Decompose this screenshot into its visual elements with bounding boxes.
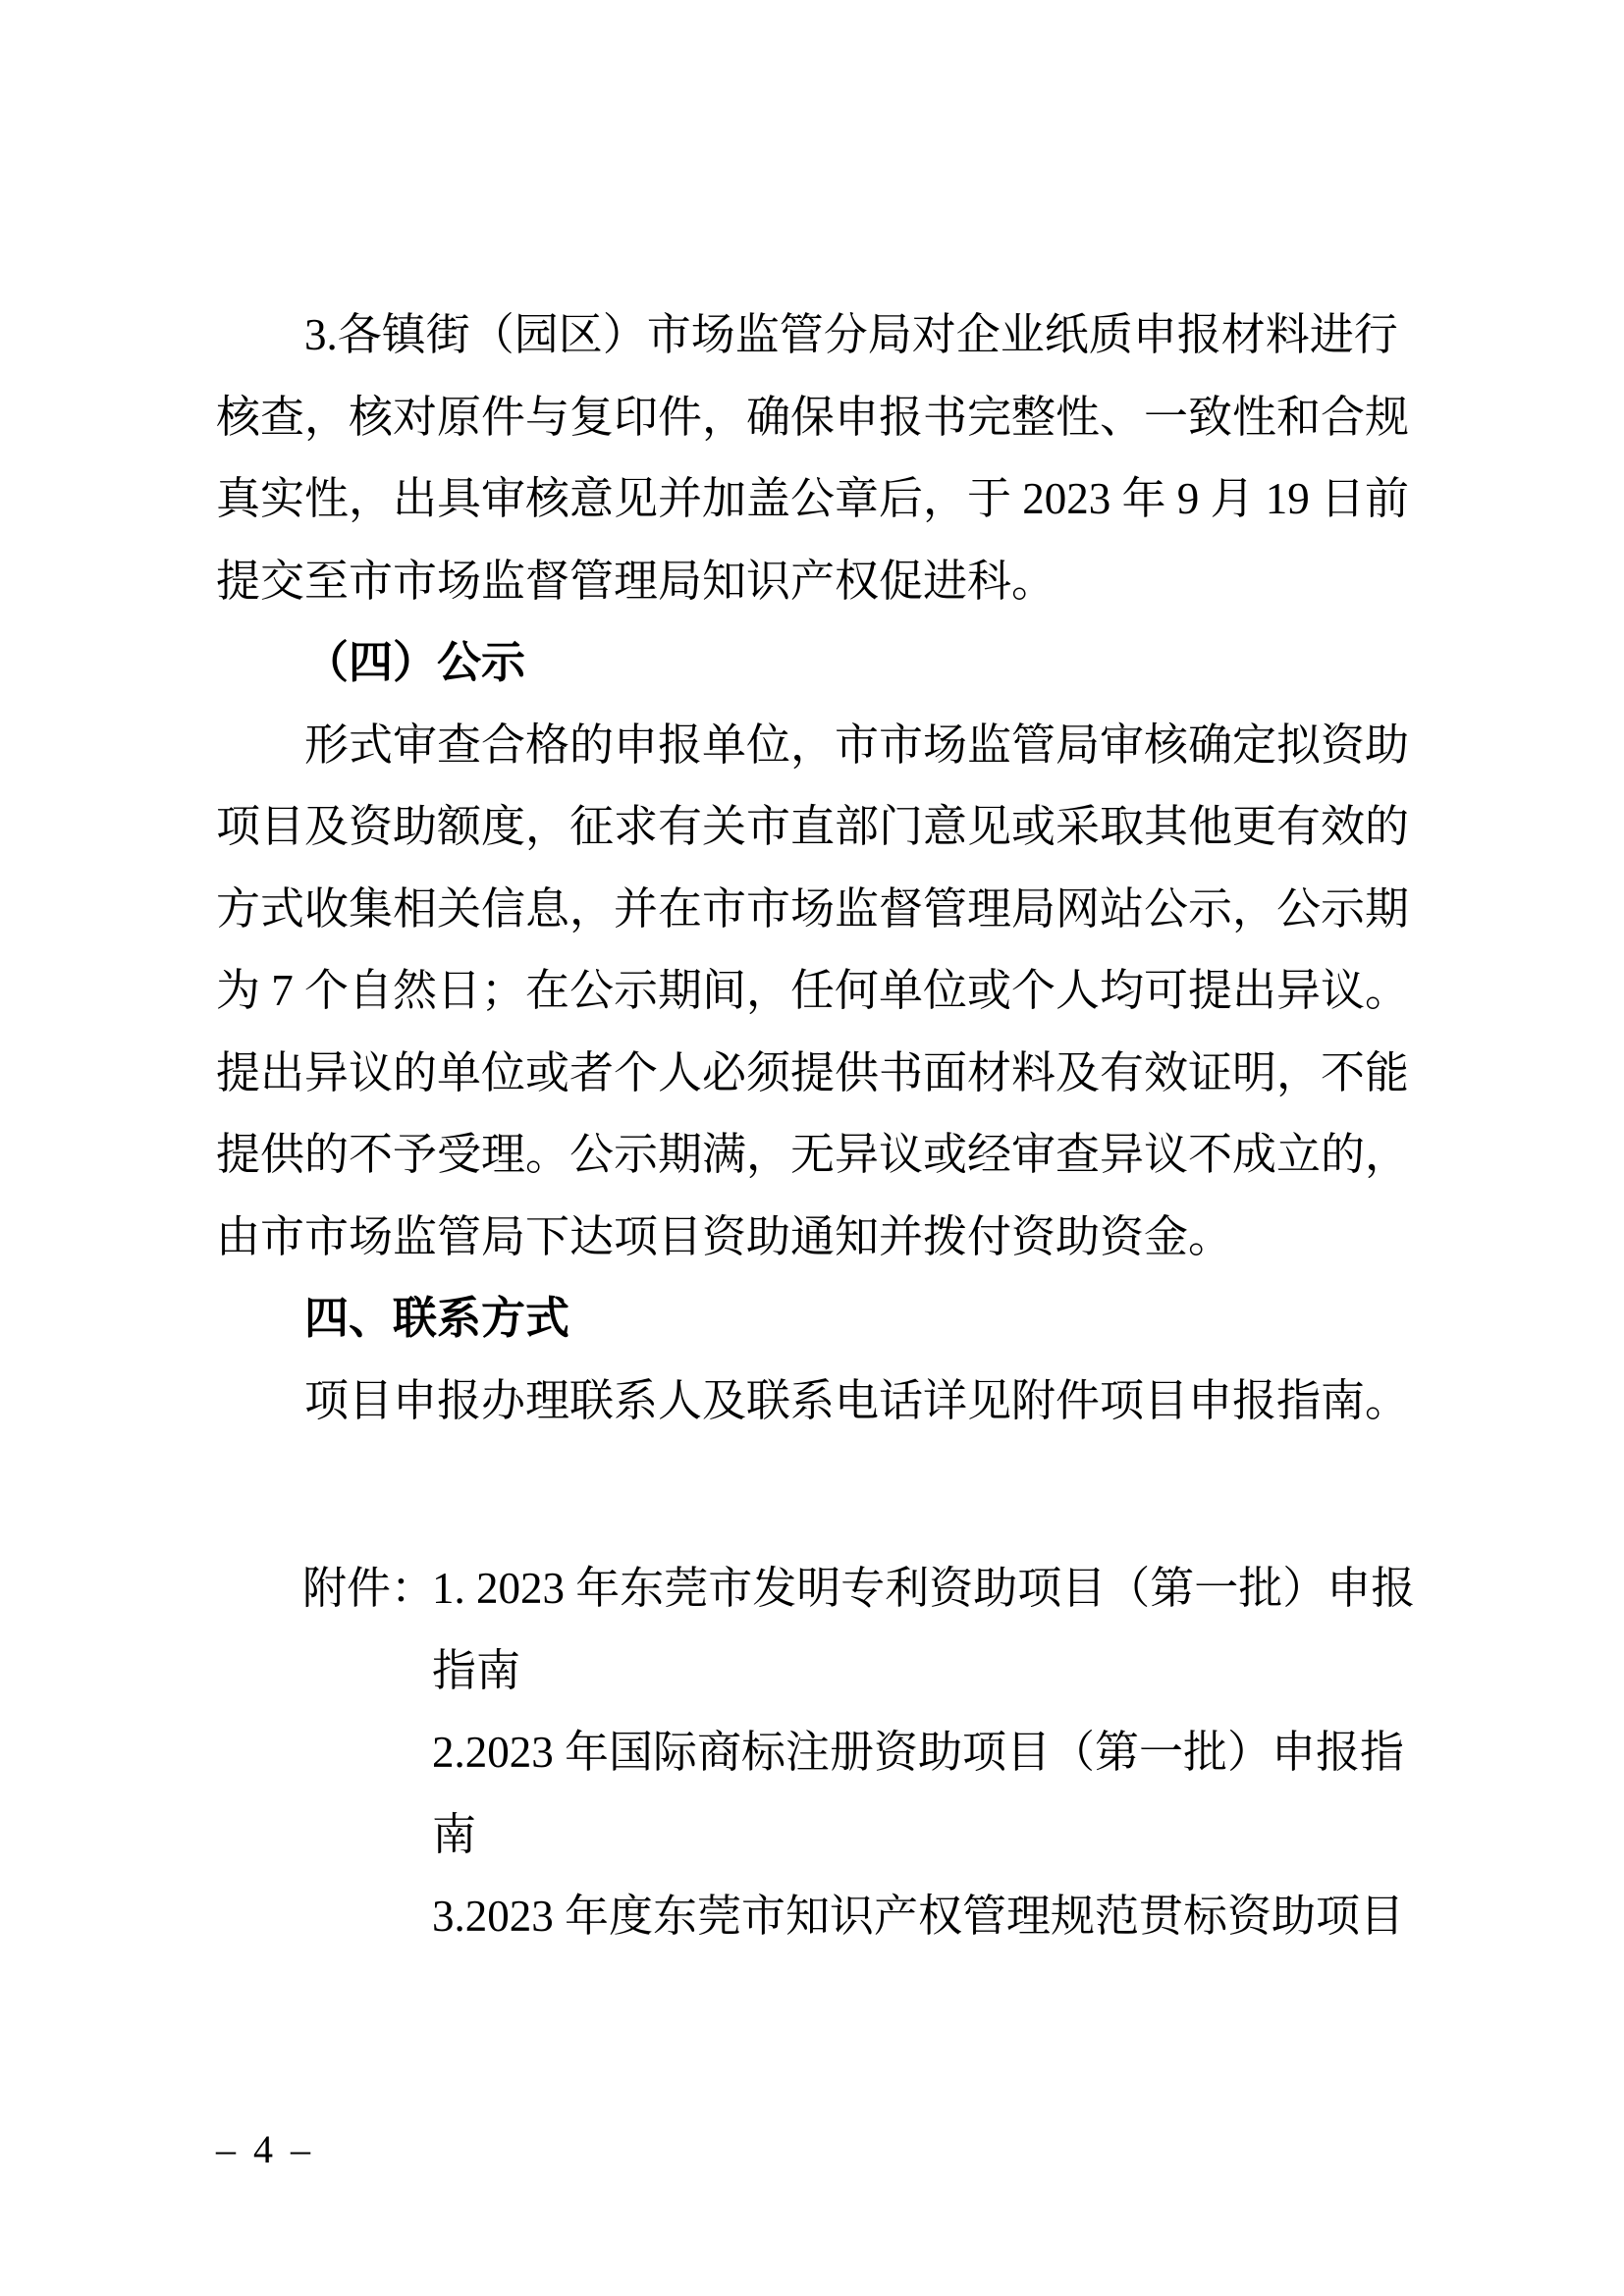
text-line: 指南 <box>432 1630 1398 1713</box>
text-line: 3.2023 年度东莞市知识产权管理规范贯标资助项目 <box>432 1876 1398 1958</box>
text-line: 项目申报办理联系人及联系电话详见附件项目申报指南。 <box>216 1361 1398 1443</box>
document-page: 3.各镇街（园区）市场监管分局对企业纸质申报材料进行核查，核对原件与复印件，确保… <box>0 0 1624 2296</box>
text-line: 真实性，出具审核意见并加盖公章后，于 2023 年 9 月 19 日前 <box>216 458 1398 541</box>
section-heading-publicity: （四）公示 <box>216 622 1398 705</box>
section-heading-contact: 四、联系方式 <box>216 1278 1398 1361</box>
text-line: 提供的不予受理。公示期满，无异议或经审查异议不成立的， <box>216 1114 1398 1197</box>
text-line: 提出异议的单位或者个人必须提供书面材料及有效证明，不能 <box>216 1033 1398 1115</box>
text-line: 为 7 个自然日；在公示期间，任何单位或个人均可提出异议。 <box>216 950 1398 1033</box>
text-line: 提交至市市场监督管理局知识产权促进科。 <box>216 541 1398 623</box>
attachment-item-1: 1. 2023 年东莞市发明专利资助项目（第一批）申报指南 <box>432 1548 1398 1712</box>
text-line: 1. 2023 年东莞市发明专利资助项目（第一批）申报 <box>432 1548 1398 1630</box>
text-line: 3.各镇街（园区）市场监管分局对企业纸质申报材料进行 <box>216 294 1398 377</box>
text-line: 形式审查合格的申报单位，市市场监管局审核确定拟资助 <box>216 705 1398 787</box>
attachment-item-3: 3.2023 年度东莞市知识产权管理规范贯标资助项目 <box>432 1876 1398 1958</box>
text-line: 2.2023 年国际商标注册资助项目（第一批）申报指 <box>432 1712 1398 1794</box>
attachment-item-2: 2.2023 年国际商标注册资助项目（第一批）申报指南 <box>432 1712 1398 1876</box>
text-line: 南 <box>432 1794 1398 1877</box>
paragraph-publicity: 形式审查合格的申报单位，市市场监管局审核确定拟资助项目及资助额度，征求有关市直部… <box>216 705 1398 1279</box>
attachments-block: 附件：1. 2023 年东莞市发明专利资助项目（第一批）申报指南2.2023 年… <box>216 1548 1398 1958</box>
text-line: 核查，核对原件与复印件，确保申报书完整性、一致性和合规 <box>216 377 1398 459</box>
paragraph-contact: 项目申报办理联系人及联系电话详见附件项目申报指南。 <box>216 1361 1398 1443</box>
attachment-label: 附件： <box>302 1548 435 1630</box>
paragraph-verification: 3.各镇街（园区）市场监管分局对企业纸质申报材料进行核查，核对原件与复印件，确保… <box>216 294 1398 622</box>
text-line: 方式收集相关信息，并在市市场监督管理局网站公示，公示期 <box>216 869 1398 951</box>
page-number: – 4 – <box>216 2128 310 2171</box>
text-line: 项目及资助额度，征求有关市直部门意见或采取其他更有效的 <box>216 786 1398 869</box>
document-body: 3.各镇街（园区）市场监管分局对企业纸质申报材料进行核查，核对原件与复印件，确保… <box>216 294 1398 1958</box>
text-line: 由市市场监管局下达项目资助通知并拨付资助资金。 <box>216 1197 1398 1279</box>
